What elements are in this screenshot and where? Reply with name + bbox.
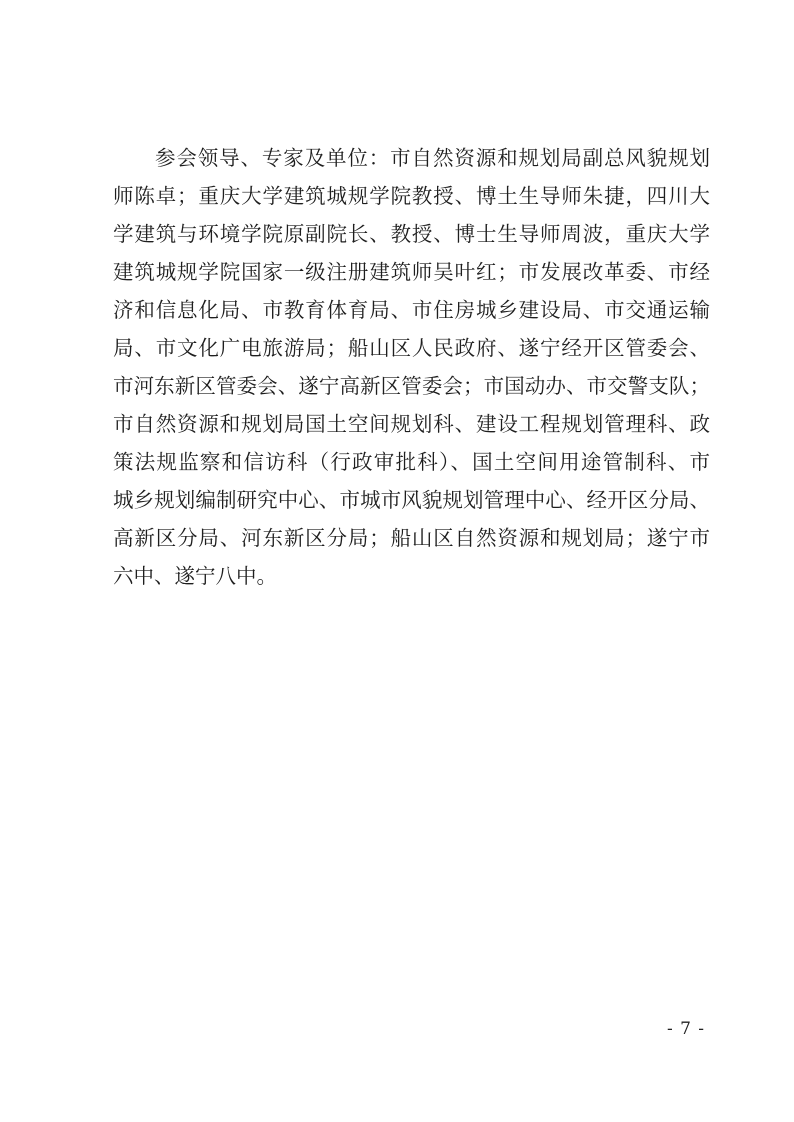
- attendees-paragraph: 参会领导、专家及单位：市自然资源和规划局副总风貌规划 师陈卓；重庆大学建筑城规学…: [113, 139, 710, 595]
- text-line: 济和信息化局、市教育体育局、市住房城乡建设局、市交通运输: [113, 291, 710, 329]
- text-line: 建筑城规学院国家一级注册建筑师吴叶红；市发展改革委、市经: [113, 253, 710, 291]
- text-line: 城乡规划编制研究中心、市城市风貌规划管理中心、经开区分局、: [113, 481, 710, 519]
- text-line: 市河东新区管委会、遂宁高新区管委会；市国动办、市交警支队；: [113, 367, 710, 405]
- document-page: 参会领导、专家及单位：市自然资源和规划局副总风貌规划 师陈卓；重庆大学建筑城规学…: [0, 0, 794, 1122]
- text-line: 市自然资源和规划局国土空间规划科、建设工程规划管理科、政: [113, 405, 710, 443]
- text-line: 参会领导、专家及单位：市自然资源和规划局副总风貌规划: [113, 139, 710, 177]
- text-line: 六中、遂宁八中。: [113, 557, 710, 595]
- text-line: 师陈卓；重庆大学建筑城规学院教授、博土生导师朱捷，四川大: [113, 177, 710, 215]
- page-number: - 7 -: [656, 1018, 716, 1040]
- text-line: 局、市文化广电旅游局；船山区人民政府、遂宁经开区管委会、: [113, 329, 710, 367]
- text-line: 高新区分局、河东新区分局；船山区自然资源和规划局；遂宁市: [113, 519, 710, 557]
- text-line: 学建筑与环境学院原副院长、教授、博士生导师周波，重庆大学: [113, 215, 710, 253]
- text-line: 策法规监察和信访科（行政审批科）、国土空间用途管制科、市: [113, 443, 710, 481]
